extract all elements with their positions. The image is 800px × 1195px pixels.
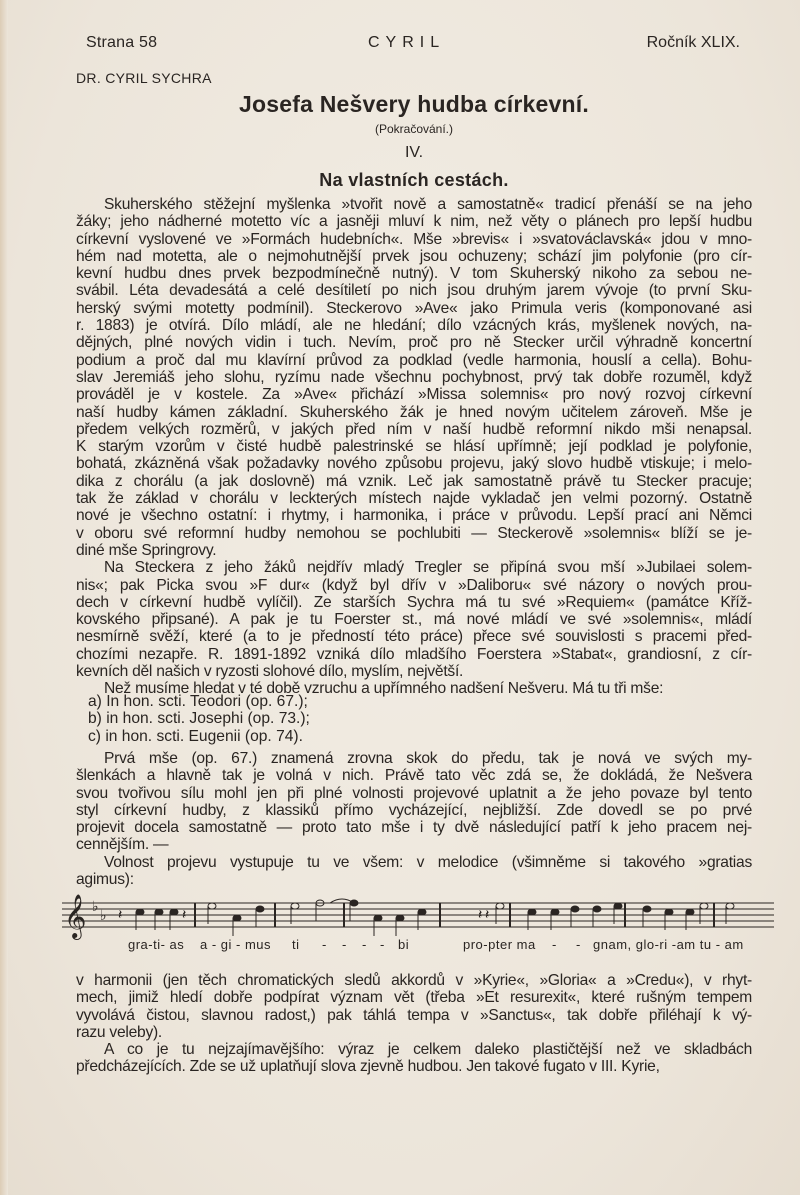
text-line: slav Jeremiáš jeho slohu, ryzímu nade vš… bbox=[76, 369, 752, 386]
text-line: nesmírně svěží, které (a to je předností… bbox=[76, 628, 752, 645]
scanned-page: Strana 58 CYRIL Ročník XLIX. DR. CYRIL S… bbox=[0, 0, 800, 1195]
body-block-3: v harmonii (jen těch chromatických sledů… bbox=[76, 972, 752, 1076]
paragraph-7: A co je tu nejzajímavějšího: výraz je ce… bbox=[76, 1041, 752, 1076]
text-line: hém nad motetta, ale o nejmohutnější prv… bbox=[76, 248, 752, 265]
list-item: c) in hon. scti. Eugenii (op. 74). bbox=[88, 728, 310, 745]
body-block-1: Skuherského stěžejní myšlenka »tvořit no… bbox=[76, 196, 752, 698]
body-block-2: Prvá mše (op. 67.) znamená zrovna skok d… bbox=[76, 750, 752, 888]
text-line: herský svými motetty podmínil). Steckero… bbox=[76, 300, 752, 317]
text-line: Volnost projevu vystupuje tu ve všem: v … bbox=[76, 854, 752, 871]
text-line: mech, jimiž hledí dobře podpírat význam … bbox=[76, 989, 752, 1006]
paragraph-5: Volnost projevu vystupuje tu ve všem: v … bbox=[76, 854, 752, 889]
text-line: styl církevní hudby, z klassiků přímo vy… bbox=[76, 802, 752, 819]
lyric: pro-pter ma bbox=[463, 937, 536, 952]
page-number: Strana 58 bbox=[86, 34, 157, 52]
text-line: Prvá mše (op. 67.) znamená zrovna skok d… bbox=[76, 750, 752, 767]
text-line: chozími nezapře. R. 1891-1892 vzniká díl… bbox=[76, 646, 752, 663]
svg-text:𝄽: 𝄽 bbox=[182, 907, 186, 923]
lyric: bi bbox=[398, 937, 409, 952]
svg-text:𝄽: 𝄽 bbox=[478, 907, 482, 923]
lyric: - bbox=[380, 937, 385, 952]
lyric: - bbox=[552, 937, 557, 952]
text-line: žáky; jeho nádherné motetto víc a jasněj… bbox=[76, 213, 752, 230]
text-line: Skuherského stěžejní myšlenka »tvořit no… bbox=[76, 196, 752, 213]
text-line: agimus): bbox=[76, 871, 752, 888]
text-line: dech v církevní hudbě vylíčil). Ze starš… bbox=[76, 594, 752, 611]
lyric: - bbox=[322, 937, 327, 952]
volume-label: Ročník XLIX. bbox=[647, 34, 740, 52]
paragraph-2: Na Steckera z jeho žáků nejdřív mladý Tr… bbox=[76, 559, 752, 680]
text-line: dějných, plné nových vidin i tuch. Nevím… bbox=[76, 334, 752, 351]
text-line: v oboru své reformní hudby nemohou se po… bbox=[76, 525, 752, 542]
text-line: šlenkách a hlavně tak je volná v nich. P… bbox=[76, 767, 752, 784]
svg-text:𝄽: 𝄽 bbox=[485, 907, 489, 923]
text-line: diné mše Springrovy. bbox=[76, 542, 752, 559]
text-line: razu veleby). bbox=[76, 1024, 752, 1041]
lyric: a - gi - mus bbox=[200, 937, 271, 952]
text-line: naší hudby kámen základní. Skuherského ž… bbox=[76, 404, 752, 421]
author-name: DR. CYRIL SYCHRA bbox=[76, 70, 212, 86]
paragraph-6: v harmonii (jen těch chromatických sledů… bbox=[76, 972, 752, 1041]
lyric: gnam, glo-ri -am tu - am bbox=[593, 937, 744, 952]
svg-text:𝄽: 𝄽 bbox=[118, 907, 122, 923]
text-line: nis«; pak Picka svou »F dur« (když byl d… bbox=[76, 577, 752, 594]
text-line: dika z chorálu (a jak doslovně) má vznik… bbox=[76, 473, 752, 490]
section-title: Na vlastních cestách. bbox=[0, 170, 800, 191]
text-line: A co je tu nejzajímavějšího: výraz je ce… bbox=[76, 1041, 752, 1058]
text-line: církevní vyslovené ve »Formách hudebních… bbox=[76, 231, 752, 248]
lyric: - bbox=[362, 937, 367, 952]
text-line: nové je všechno ostatní: i rhytmy, i har… bbox=[76, 507, 752, 524]
text-line: Na Steckera z jeho žáků nejdřív mladý Tr… bbox=[76, 559, 752, 576]
list-item: a) In hon. scti. Teodori (op. 67.); bbox=[88, 693, 310, 710]
lyric: - bbox=[576, 937, 581, 952]
text-line: bohatá, zkázněná však požadavky nového z… bbox=[76, 455, 752, 472]
text-line: kovského připsané). A pak je tu Foerster… bbox=[76, 611, 752, 628]
text-line: kevních děl našich v ryzosti slohové díl… bbox=[76, 663, 752, 680]
lyric: - bbox=[342, 937, 347, 952]
paragraph-1: Skuherského stěžejní myšlenka »tvořit no… bbox=[76, 196, 752, 559]
continuation-note: (Pokračování.) bbox=[0, 122, 800, 136]
lyric: gra-ti- as bbox=[128, 937, 184, 952]
text-line: předcházejících. Zde se už uplatňují slo… bbox=[76, 1058, 752, 1075]
text-line: kevní hudbu dnes prvek bezpodmínečně nut… bbox=[76, 265, 752, 282]
journal-name: CYRIL bbox=[368, 34, 445, 52]
text-line: v harmonii (jen těch chromatických sledů… bbox=[76, 972, 752, 989]
text-line: K starým vzorům v čisté hudbě palestrins… bbox=[76, 438, 752, 455]
text-line: tak že základ v chorálu v leckterých mís… bbox=[76, 490, 752, 507]
text-line: svou tvořivou sílu mohl jen při plné vol… bbox=[76, 785, 752, 802]
list-item: b) in hon. scti. Josephi (op. 73.); bbox=[88, 710, 310, 727]
text-line: podium a proč dal mu klavírní průvod za … bbox=[76, 352, 752, 369]
paragraph-4: Prvá mše (op. 67.) znamená zrovna skok d… bbox=[76, 750, 752, 854]
text-line: projevit docela samostatně — proto tato … bbox=[76, 819, 752, 836]
text-line: r. 1883) je otvírá. Dílo mládí, ale ne h… bbox=[76, 317, 752, 334]
treble-clef-icon: 𝄞 bbox=[64, 894, 86, 940]
article-title: Josefa Nešvery hudba církevní. bbox=[0, 91, 800, 118]
text-line: cennějším. — bbox=[76, 836, 752, 853]
text-line: svábil. Léta devadesátá a celé desítilet… bbox=[76, 282, 752, 299]
running-head: Strana 58 CYRIL Ročník XLIX. bbox=[86, 34, 740, 56]
lyric: ti bbox=[292, 937, 300, 952]
text-line: prováděl je v kostele. Za »Ave« přichází… bbox=[76, 386, 752, 403]
chapter-number: IV. bbox=[0, 144, 800, 162]
flat-icon: ♭ bbox=[100, 908, 107, 924]
text-line: vyvolává čistou, slavnou radost,) pak tá… bbox=[76, 1007, 752, 1024]
mass-list: a) In hon. scti. Teodori (op. 67.); b) i… bbox=[88, 693, 310, 745]
text-line: předem velkých rozměrů, v jakých před ní… bbox=[76, 421, 752, 438]
flat-icon: ♭ bbox=[92, 899, 99, 915]
